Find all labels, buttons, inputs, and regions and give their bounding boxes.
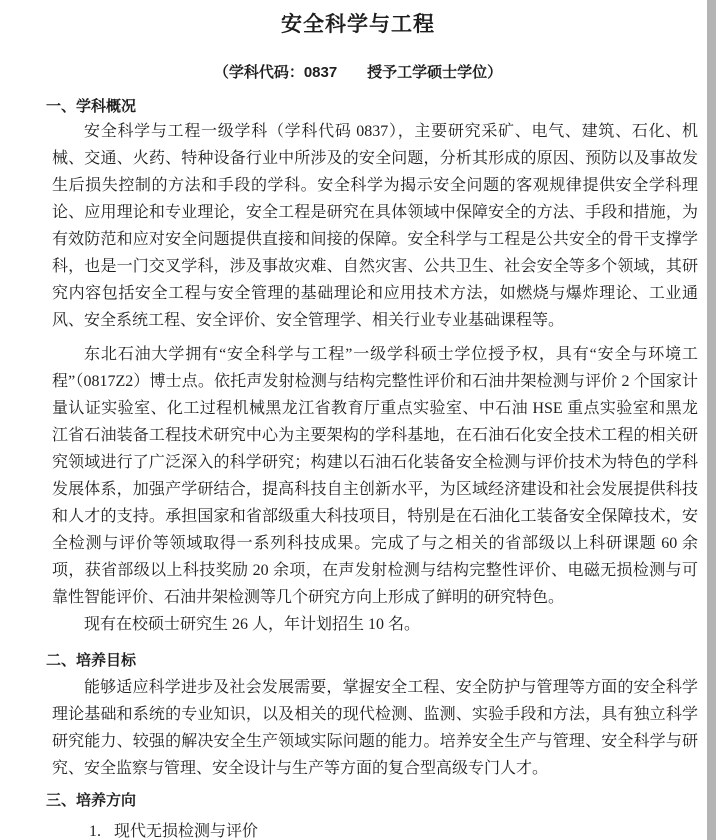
list-item-number: 1.: [89, 818, 101, 840]
paragraph-overview-2: 东北石油大学拥有“安全科学与工程”一级学科硕士学位授予权，具有“安全与环境工程”…: [52, 341, 698, 611]
page-title: 安全科学与工程: [0, 10, 716, 40]
scrollbar-track[interactable]: [707, 0, 716, 840]
document-page: 安全科学与工程 （学科代码：0837 授予工学硕士学位） 一、学科概况 安全科学…: [0, 0, 716, 840]
document-subtitle: （学科代码：0837 授予工学硕士学位）: [0, 62, 716, 83]
section-heading-discipline-overview: 一、学科概况: [46, 96, 698, 118]
paragraph-enrollment: 现有在校硕士研究生 26 人，年计划招生 10 名。: [52, 611, 698, 638]
list-item-label: 现代无损检测与评价: [114, 823, 258, 840]
document-body: 一、学科概况 安全科学与工程一级学科（学科代码 0837），主要研究采矿、电气、…: [46, 83, 698, 840]
paragraph-overview-1: 安全科学与工程一级学科（学科代码 0837），主要研究采矿、电气、建筑、石化、机…: [52, 118, 698, 334]
research-direction-item-1: 1.现代无损检测与评价: [89, 818, 698, 840]
section-heading-training-objectives: 二、培养目标: [46, 650, 698, 672]
section-heading-research-directions: 三、培养方向: [46, 790, 698, 812]
paragraph-objectives: 能够适应科学进步及社会发展需要，掌握安全工程、安全防护与管理等方面的安全科学理论…: [52, 674, 698, 782]
